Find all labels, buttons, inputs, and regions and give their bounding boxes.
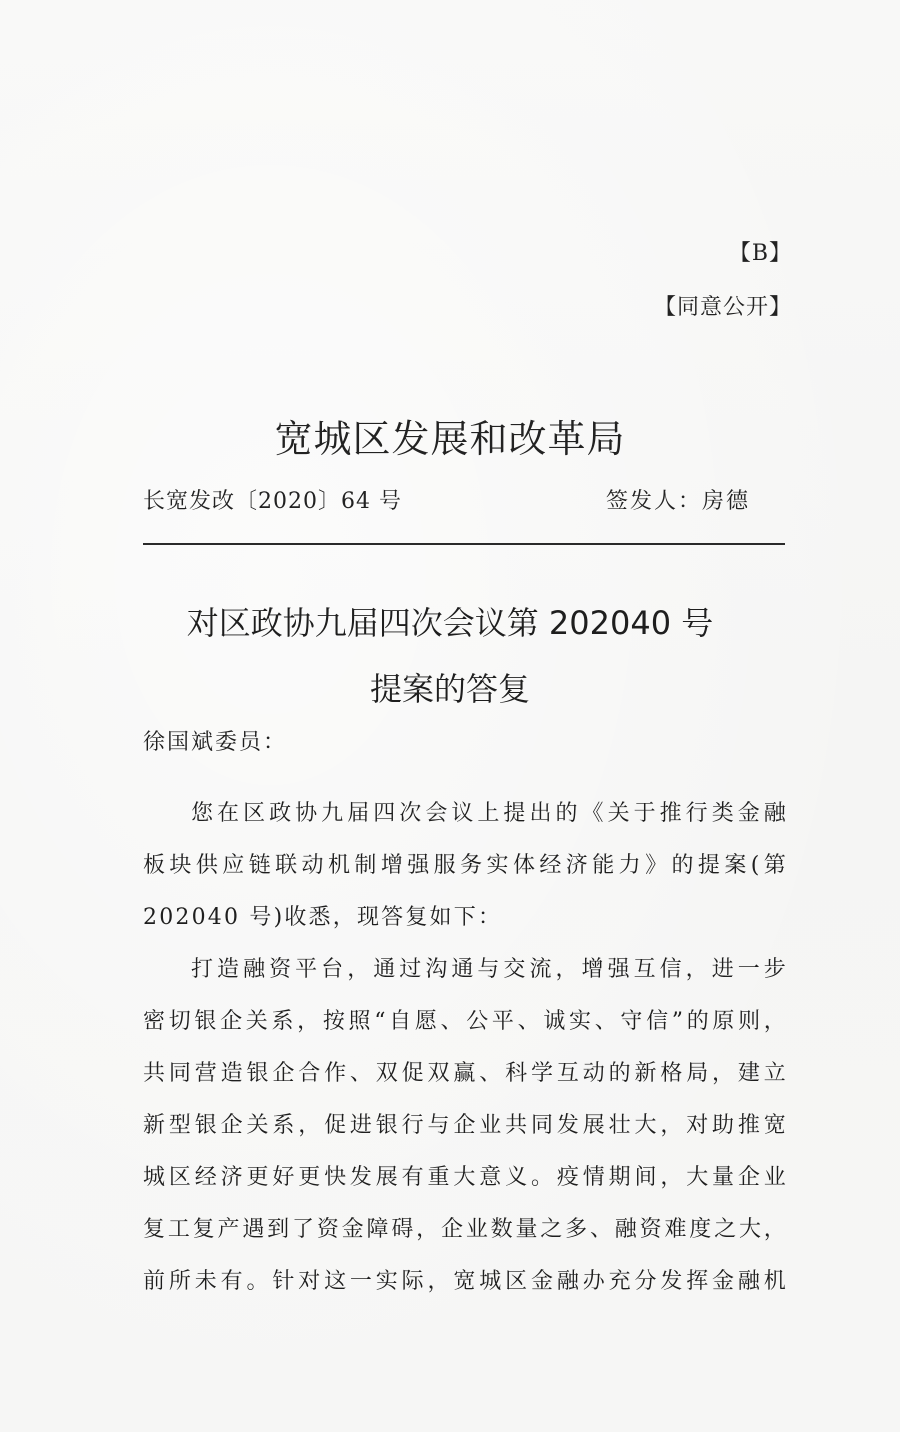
paragraph-line: 密切银企关系，按照“自愿、公平、诚实、守信”的原则， bbox=[143, 996, 788, 1048]
paragraph-line: 共同营造银企合作、双促双赢、科学互动的新格局，建立 bbox=[143, 1048, 788, 1100]
signer: 签发人：房德 bbox=[606, 484, 750, 515]
document-page: 【B】 【同意公开】 宽城区发展和改革局 长宽发改〔2020〕64 号 签发人：… bbox=[0, 0, 900, 1432]
paragraph-line: 您在区政协九届四次会议上提出的《关于推行类金融 bbox=[143, 788, 788, 840]
paragraph-line: 打造融资平台，通过沟通与交流，增强互信，进一步 bbox=[143, 944, 788, 996]
reply-title-line-1: 对区政协九届四次会议第 202040 号 bbox=[0, 598, 900, 644]
addressee: 徐国斌委员： bbox=[143, 725, 287, 756]
document-number: 长宽发改〔2020〕64 号 bbox=[143, 484, 402, 515]
organization-title: 宽城区发展和改革局 bbox=[0, 408, 900, 463]
classification-tag: 【B】 bbox=[729, 236, 792, 267]
header-divider bbox=[143, 543, 785, 545]
reply-title-line-2: 提案的答复 bbox=[0, 664, 900, 710]
paragraph-line: 新型银企关系，促进银行与企业共同发展壮大，对助推宽 bbox=[143, 1100, 788, 1152]
paragraph-2: 打造融资平台，通过沟通与交流，增强互信，进一步 密切银企关系，按照“自愿、公平、… bbox=[143, 944, 788, 1308]
paragraph-line: 复工复产遇到了资金障碍，企业数量之多、融资难度之大， bbox=[143, 1204, 788, 1256]
paragraph-line: 前所未有。针对这一实际，宽城区金融办充分发挥金融机 bbox=[143, 1256, 788, 1308]
paragraph-1: 您在区政协九届四次会议上提出的《关于推行类金融 板块供应链联动机制增强服务实体经… bbox=[143, 788, 788, 944]
paragraph-line: 202040 号)收悉，现答复如下： bbox=[143, 892, 788, 944]
paragraph-line: 板块供应链联动机制增强服务实体经济能力》的提案(第 bbox=[143, 840, 788, 892]
paragraph-line: 城区经济更好更快发展有重大意义。疫情期间，大量企业 bbox=[143, 1152, 788, 1204]
disclosure-tag: 【同意公开】 bbox=[654, 290, 792, 321]
